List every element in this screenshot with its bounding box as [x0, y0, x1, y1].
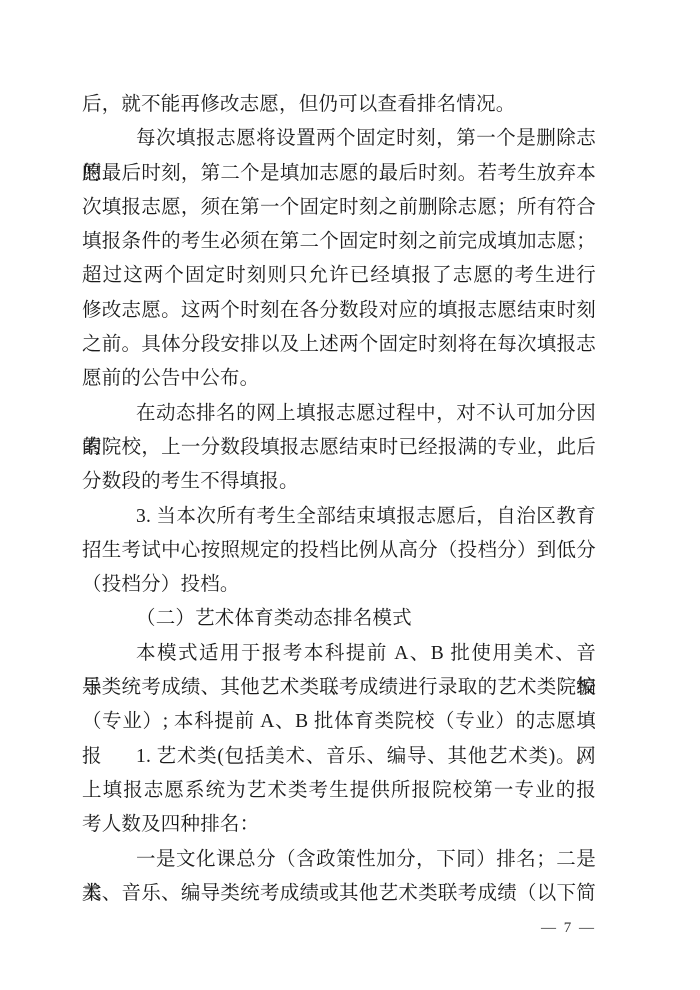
text-line: 术、音乐、编导类统考成绩或其他艺术类联考成绩（以下简	[82, 877, 596, 911]
text-line: 上填报志愿系统为艺术类考生提供所报院校第一专业的报	[82, 774, 596, 808]
text-line: 1. 艺术类(包括美术、音乐、编导、其他艺术类)。网	[82, 740, 596, 774]
text-line: （二）艺术体育类动态排名模式	[82, 602, 596, 636]
text-line: 后，就不能再修改志愿，但仍可以查看排名情况。	[82, 88, 596, 122]
text-line: 超过这两个固定时刻则只允许已经填报了志愿的考生进行	[82, 259, 596, 293]
text-line: 分数段的考生不得填报。	[82, 465, 596, 499]
text-line: 的院校，上一分数段填报志愿结束时已经报满的专业，此后	[82, 431, 596, 465]
text-line: 填报条件的考生必须在第二个固定时刻之前完成填加志愿；	[82, 225, 596, 259]
text-line: 的最后时刻，第二个是填加志愿的最后时刻。若考生放弃本	[82, 157, 596, 191]
text-line: 招生考试中心按照规定的投档比例从高分（投档分）到低分	[82, 534, 596, 568]
text-line: 每次填报志愿将设置两个固定时刻，第一个是删除志愿	[82, 122, 596, 156]
text-line: 一是文化课总分（含政策性加分，下同）排名；二是美	[82, 843, 596, 877]
text-line: 导类统考成绩、其他艺术类联考成绩进行录取的艺术类院校	[82, 671, 596, 705]
text-line: （投档分）投档。	[82, 568, 596, 602]
text-line: 考人数及四种排名：	[82, 808, 596, 842]
text-block: 后，就不能再修改志愿，但仍可以查看排名情况。 每次填报志愿将设置两个固定时刻，第…	[82, 88, 596, 911]
text-line: 次填报志愿，须在第一个固定时刻之前删除志愿；所有符合	[82, 191, 596, 225]
text-line: 本模式适用于报考本科提前 A、B 批使用美术、音乐、编	[82, 637, 596, 671]
text-line: （专业）; 本科提前 A、B 批体育类院校（专业）的志愿填报。	[82, 705, 596, 739]
text-line: 愿前的公告中公布。	[82, 362, 596, 396]
page-number: — 7 —	[541, 918, 596, 938]
text-line: 之前。具体分段安排以及上述两个固定时刻将在每次填报志	[82, 328, 596, 362]
text-line: 在动态排名的网上填报志愿过程中，对不认可加分因素	[82, 397, 596, 431]
document-page: 后，就不能再修改志愿，但仍可以查看排名情况。 每次填报志愿将设置两个固定时刻，第…	[0, 0, 700, 990]
text-line: 修改志愿。这两个时刻在各分数段对应的填报志愿结束时刻	[82, 294, 596, 328]
text-line: 3. 当本次所有考生全部结束填报志愿后，自治区教育	[82, 500, 596, 534]
